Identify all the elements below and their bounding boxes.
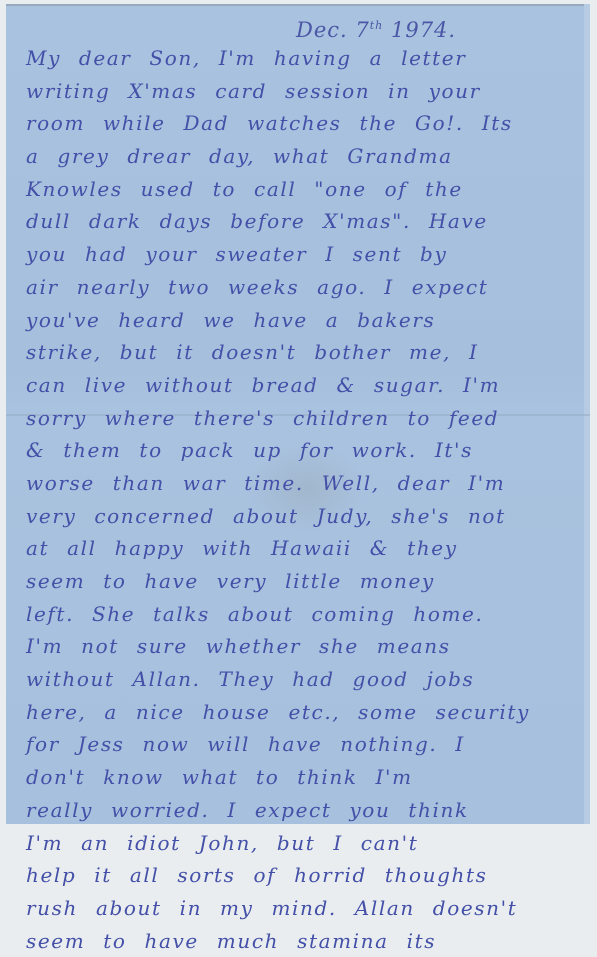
letter-date: Dec. 7th 1974. xyxy=(296,18,456,42)
letter-line: really worried. I expect you think xyxy=(26,794,586,824)
letter-line: can live without bread & sugar. I'm xyxy=(26,369,586,402)
date-year: 1974. xyxy=(391,18,456,42)
letter-line: you've heard we have a bakers xyxy=(26,304,586,337)
letter-line: My dear Son, I'm having a letter xyxy=(26,42,586,75)
letter-line: dull dark days before X'mas". Have xyxy=(26,205,586,238)
letter-line: room while Dad watches the Go!. Its xyxy=(26,107,586,140)
letter-line: you had your sweater I sent by xyxy=(26,238,586,271)
letter-line: left. She talks about coming home. xyxy=(26,598,586,631)
letter-line: without Allan. They had good jobs xyxy=(26,663,586,696)
letter-line: I'm not sure whether she means xyxy=(26,630,586,663)
letter-line: very concerned about Judy, she's not xyxy=(26,500,586,533)
letter-line: seem to have very little money xyxy=(26,565,586,598)
letter-line: strike, but it doesn't bother me, I xyxy=(26,336,586,369)
letter-line: for Jess now will have nothing. I xyxy=(26,728,586,761)
letter-line: Knowles used to call "one of the xyxy=(26,173,586,206)
letter-page: Dec. 7th 1974. My dear Son, I'm having a… xyxy=(6,4,590,824)
letter-line: don't know what to think I'm xyxy=(26,761,586,794)
letter-line: at all happy with Hawaii & they xyxy=(26,532,586,565)
letter-line: sorry where there's children to feed xyxy=(26,402,586,435)
date-day: 7 xyxy=(355,18,369,42)
letter-body: My dear Son, I'm having a letter writing… xyxy=(26,42,586,824)
date-day-suffix: th xyxy=(370,19,384,32)
letter-line: & them to pack up for work. It's xyxy=(26,434,586,467)
date-month: Dec. xyxy=(296,18,348,42)
letter-line: writing X'mas card session in your xyxy=(26,75,586,108)
letter-line: worse than war time. Well, dear I'm xyxy=(26,467,586,500)
letter-line: a grey drear day, what Grandma xyxy=(26,140,586,173)
letter-line: here, a nice house etc., some security xyxy=(26,696,586,729)
letter-line: air nearly two weeks ago. I expect xyxy=(26,271,586,304)
